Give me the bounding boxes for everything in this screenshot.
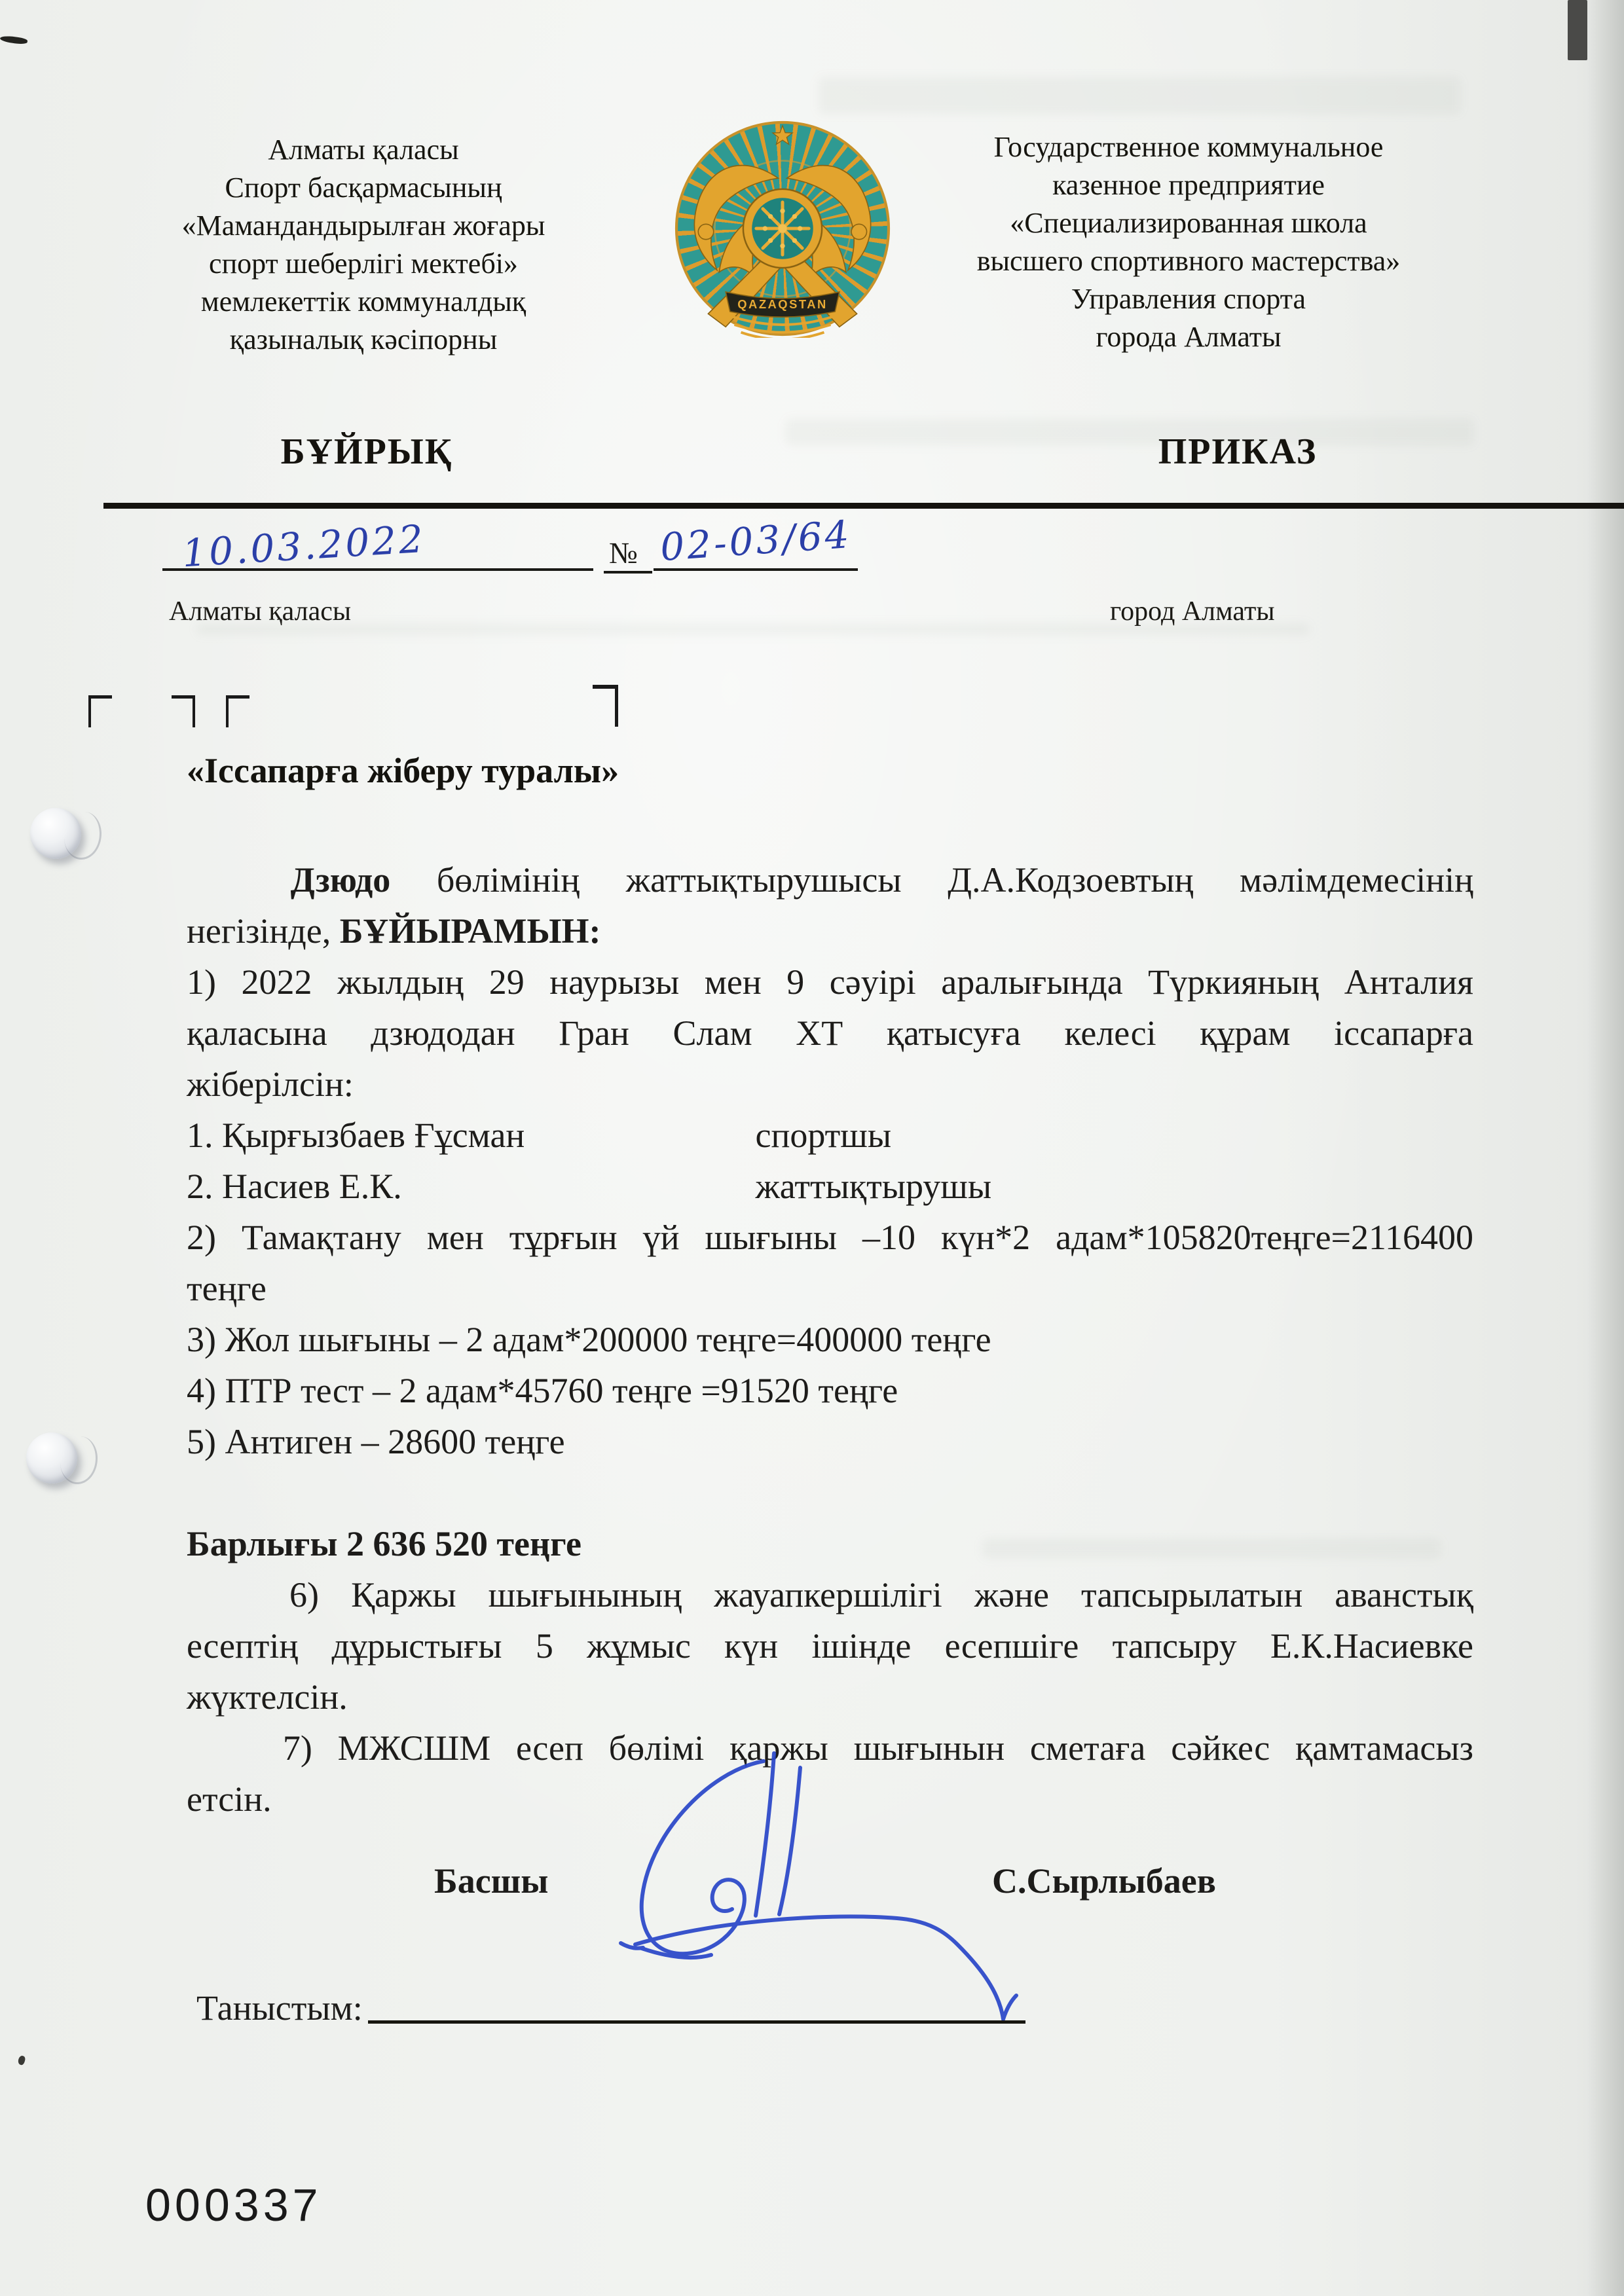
body-text-bold: Дзюдо <box>291 860 391 900</box>
corner-mark <box>172 695 195 727</box>
scan-corner-mark <box>0 35 28 45</box>
paragraph-indent <box>187 1606 257 1607</box>
corner-mark <box>593 685 618 727</box>
roster-row: 1. Қырғызбаев Ғұсман спортшы <box>187 1116 1473 1155</box>
org-line: Управления спорта <box>910 280 1467 318</box>
paragraph-indent <box>187 891 244 892</box>
org-line: «Специализированная школа <box>910 204 1467 242</box>
body-line: 3) Жол шығыны – 2 адам*200000 теңге=4000… <box>187 1320 1473 1359</box>
paragraph-indent <box>187 1759 257 1760</box>
org-line: мемлекеттік коммуналдық <box>167 283 560 321</box>
athlete-role: жаттықтырушы <box>756 1167 992 1206</box>
hole-punch <box>26 1432 77 1484</box>
order-heading-russian: ПРИКАЗ <box>1074 431 1401 473</box>
body-text: негізінде, <box>187 911 331 951</box>
number-sign-underline <box>604 571 652 574</box>
body-line: 6) Қаржы шығынының жауапкершілігі және т… <box>187 1575 1473 1614</box>
body-text: бөлімінің жаттықтырушысы Д.А.Кодзоевтың … <box>437 860 1473 900</box>
order-number-handwritten: 02-03/64 <box>659 512 853 570</box>
org-line: спорт шеберлігі мектебі» <box>167 245 560 283</box>
order-date-handwritten: 10.03.2022 <box>181 517 427 576</box>
order-subject-title: «Іссапарға жіберу туралы» <box>187 750 619 791</box>
body-line: 2) Тамақтану мен тұрғын үй шығыны –10 кү… <box>187 1218 1473 1257</box>
corner-mark <box>226 695 249 727</box>
place-russian: город Алматы <box>1110 596 1275 627</box>
org-line: казенное предприятие <box>910 166 1467 204</box>
page-edge-shadow <box>1587 0 1624 2296</box>
acknowledgement-underline <box>368 2020 1025 2024</box>
body-text-bold: БҰЙЫРАМЫН: <box>340 911 601 951</box>
athlete-name: 2. Насиев Е.К. <box>187 1167 747 1206</box>
sheet-stamp-number: 000337 <box>145 2179 322 2231</box>
bleed-through-artifact <box>819 77 1460 114</box>
body-line: қаласына дзюдодан Гран Слам ХТ қатысуға … <box>187 1013 1473 1053</box>
org-line: Алматы қаласы <box>167 131 560 169</box>
body-line: теңге <box>187 1269 1473 1308</box>
date-underline <box>162 568 593 571</box>
scan-edge-bar <box>1568 0 1587 60</box>
body-line: 4) ПТР тест – 2 адам*45760 теңге =91520 … <box>187 1371 1473 1410</box>
body-line: Дзюдо бөлімінің жаттықтырушысы Д.А.Кодзо… <box>187 860 1473 900</box>
org-line: города Алматы <box>910 318 1467 356</box>
org-name-russian: Государственное коммунальное казенное пр… <box>910 128 1467 356</box>
scanned-order-page: Алматы қаласы Спорт басқармасының «Маман… <box>0 0 1624 2296</box>
order-heading-kazakh: БҰЙРЫҚ <box>177 431 557 473</box>
corner-mark <box>88 695 112 727</box>
kazakhstan-coat-of-arms-icon: QAZAQSTAN <box>673 119 892 338</box>
body-line: негізінде, БҰЙЫРАМЫН: <box>187 911 1473 951</box>
org-line: «Мамандандырылған жоғары <box>167 207 560 245</box>
signer-position-label: Басшы <box>434 1861 548 1901</box>
body-line: жіберілсін: <box>187 1065 1473 1104</box>
org-line: высшего спортивного мастерства» <box>910 242 1467 280</box>
body-text: 6) Қаржы шығынының жауапкершілігі және т… <box>289 1575 1473 1614</box>
body-line: есептің дұрыcтығы 5 жұмыс күн ішінде есе… <box>187 1626 1473 1666</box>
body-line: 5) Антиген – 28600 теңге <box>187 1422 1473 1461</box>
athlete-role: спортшы <box>756 1116 892 1155</box>
place-kazakh: Алматы қаласы <box>169 596 351 627</box>
number-underline <box>654 568 858 571</box>
org-name-kazakh: Алматы қаласы Спорт басқармасының «Маман… <box>167 131 560 359</box>
body-line: жүктелсін. <box>187 1677 1473 1717</box>
acknowledgement-label: Таныстым: <box>196 1988 363 2028</box>
org-line: Государственное коммунальное <box>910 128 1467 166</box>
org-line: Спорт басқармасының <box>167 169 560 207</box>
athlete-name: 1. Қырғызбаев Ғұсман <box>187 1116 747 1155</box>
hole-punch <box>30 808 81 859</box>
total-amount-line: Барлығы 2 636 520 теңге <box>187 1524 1473 1563</box>
handwritten-signature <box>544 1749 1054 2037</box>
number-sign: № <box>609 536 638 570</box>
emblem-banner-text: QAZAQSTAN <box>737 297 827 311</box>
roster-row: 2. Насиев Е.К. жаттықтырушы <box>187 1167 1473 1206</box>
ink-speck <box>17 2055 26 2066</box>
header-rule <box>103 503 1624 509</box>
body-line: 1) 2022 жылдың 29 наурызы мен 9 сәуірі а… <box>187 962 1473 1002</box>
org-line: қазыналық кәсіпорны <box>167 321 560 359</box>
